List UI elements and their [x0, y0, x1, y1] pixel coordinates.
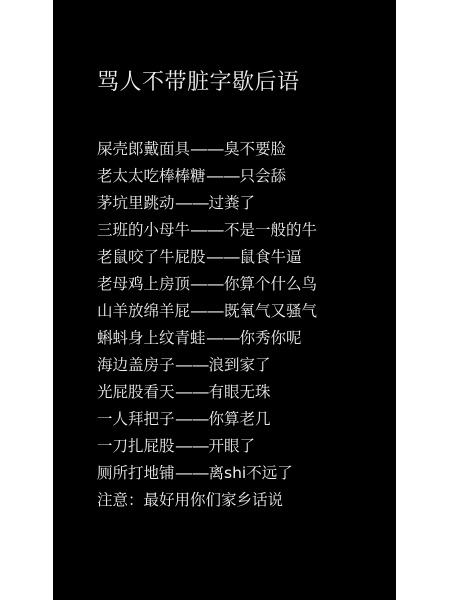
- saying-riddle: 老鼠咬了牛屁股: [97, 248, 206, 266]
- saying-item: 一刀扎屁股——开眼了: [97, 433, 317, 460]
- saying-riddle: 一人拜把子: [97, 410, 175, 428]
- separator-dash: ——: [175, 433, 208, 460]
- saying-answer: 开眼了: [209, 437, 256, 455]
- saying-answer: 浪到家了: [209, 356, 271, 374]
- saying-item: 山羊放绵羊屁——既氧气又骚气: [97, 298, 317, 325]
- saying-answer: 你算个什么鸟: [224, 275, 317, 293]
- separator-dash: ——: [175, 460, 208, 487]
- saying-answer: 离shi不远了: [209, 464, 293, 482]
- saying-answer: 臭不要脸: [224, 140, 286, 158]
- saying-item: 海边盖房子——浪到家了: [97, 352, 317, 379]
- separator-dash: ——: [206, 244, 239, 271]
- saying-answer: 有眼无珠: [209, 383, 271, 401]
- saying-answer: 只会舔: [240, 167, 287, 185]
- saying-item: 茅坑里跳动——过粪了: [97, 190, 317, 217]
- separator-dash: ——: [190, 136, 223, 163]
- separator-dash: ——: [206, 325, 239, 352]
- separator-dash: ——: [190, 271, 223, 298]
- saying-riddle: 老太太吃棒棒糖: [97, 167, 206, 185]
- saying-riddle: 老母鸡上房顶: [97, 275, 190, 293]
- saying-item: 蝌蚪身上纹青蛙——你秀你呢: [97, 325, 317, 352]
- saying-riddle: 茅坑里跳动: [97, 194, 175, 212]
- note-line: 注意：最好用你们家乡话说: [97, 487, 317, 514]
- saying-riddle: 屎壳郎戴面具: [97, 140, 190, 158]
- saying-riddle: 蝌蚪身上纹青蛙: [97, 329, 206, 347]
- separator-dash: ——: [190, 298, 223, 325]
- saying-item: 光屁股看天——有眼无珠: [97, 379, 317, 406]
- separator-dash: ——: [175, 190, 208, 217]
- separator-dash: ——: [175, 379, 208, 406]
- saying-item: 三班的小母牛——不是一般的牛: [97, 217, 317, 244]
- saying-riddle: 光屁股看天: [97, 383, 175, 401]
- separator-dash: ——: [175, 352, 208, 379]
- saying-answer: 既氧气又骚气: [224, 302, 317, 320]
- saying-item: 厕所打地铺——离shi不远了: [97, 460, 317, 487]
- saying-riddle: 一刀扎屁股: [97, 437, 175, 455]
- card-title: 骂人不带脏字歇后语: [97, 68, 300, 98]
- saying-riddle: 山羊放绵羊屁: [97, 302, 190, 320]
- separator-dash: ——: [206, 163, 239, 190]
- saying-item: 老母鸡上房顶——你算个什么鸟: [97, 271, 317, 298]
- saying-answer: 你算老几: [209, 410, 271, 428]
- saying-item: 老鼠咬了牛屁股——鼠食牛逼: [97, 244, 317, 271]
- saying-riddle: 厕所打地铺: [97, 464, 175, 482]
- sayings-list: 屎壳郎戴面具——臭不要脸 老太太吃棒棒糖——只会舔 茅坑里跳动——过粪了 三班的…: [97, 136, 317, 514]
- saying-answer: 鼠食牛逼: [240, 248, 302, 266]
- saying-item: 屎壳郎戴面具——臭不要脸: [97, 136, 317, 163]
- text-card: 骂人不带脏字歇后语 屎壳郎戴面具——臭不要脸 老太太吃棒棒糖——只会舔 茅坑里跳…: [53, 0, 396, 600]
- saying-item: 老太太吃棒棒糖——只会舔: [97, 163, 317, 190]
- saying-answer: 不是一般的牛: [224, 221, 317, 239]
- saying-item: 一人拜把子——你算老几: [97, 406, 317, 433]
- separator-dash: ——: [190, 217, 223, 244]
- saying-answer: 你秀你呢: [240, 329, 302, 347]
- saying-riddle: 海边盖房子: [97, 356, 175, 374]
- saying-riddle: 三班的小母牛: [97, 221, 190, 239]
- saying-answer: 过粪了: [209, 194, 256, 212]
- separator-dash: ——: [175, 406, 208, 433]
